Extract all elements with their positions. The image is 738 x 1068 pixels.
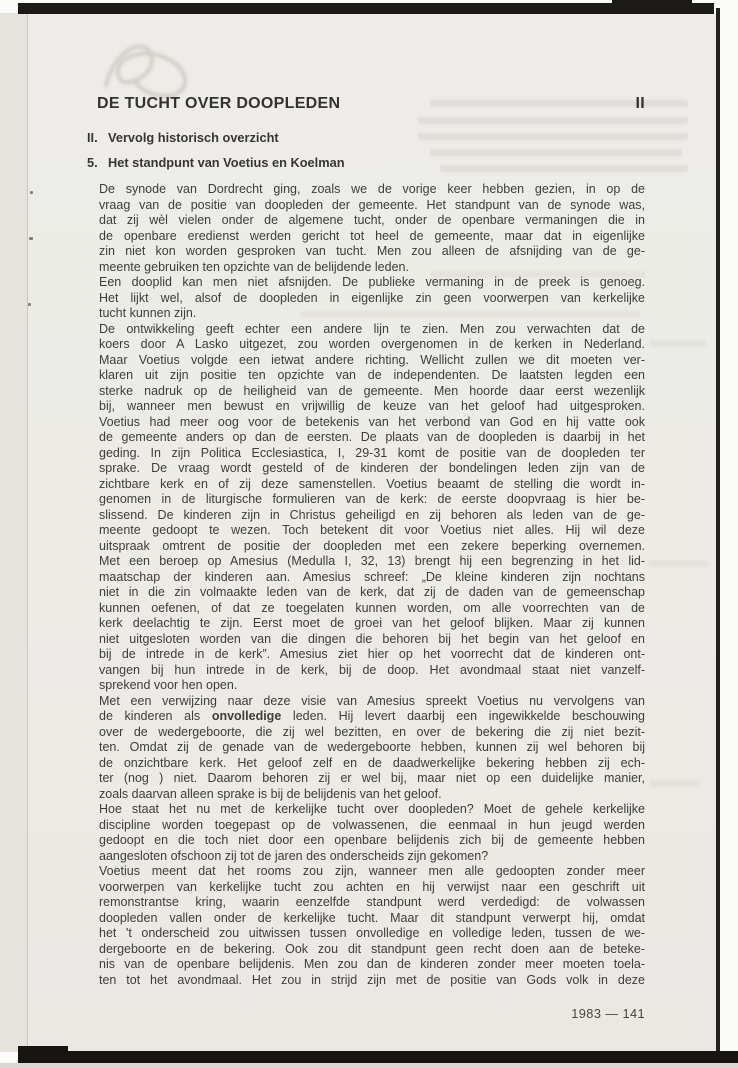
text-line: niet uitgesloten worden van die dingen d…	[99, 632, 645, 648]
bleedthrough-line	[650, 780, 700, 787]
page-title: DE TUCHT OVER DOOPLEDEN	[97, 95, 340, 113]
text-line: Voetius meent dat het rooms zou zijn, wa…	[99, 864, 645, 880]
page-number: II	[636, 95, 646, 113]
text-line: zoals daarvan alleen sprake is bij de be…	[99, 787, 645, 803]
text-line: vraag van de positie van doopleden der g…	[99, 198, 645, 214]
sub-heading-number: 5.	[87, 155, 108, 170]
text-line: kunnen oefenen, of dat ze toegelaten kun…	[99, 601, 645, 617]
section-heading-number: II.	[87, 130, 108, 145]
text-line: uitspraak omtrent de positie der doopled…	[99, 539, 645, 555]
bleedthrough-line	[418, 117, 688, 124]
text-line: Met een beroep op Amesius (Medulla I, 32…	[99, 554, 645, 570]
text-line: kerk deelachtig te zijn. Eerst moet de g…	[99, 616, 645, 632]
text-line: de gemeente anders op dan de eersten. De…	[99, 430, 645, 446]
page-edge-right	[716, 8, 720, 1052]
text-line: nis van de openbare belijdenis. Men zou …	[99, 957, 645, 973]
text-line: maatschap der kinderen aan. Amesius schr…	[99, 570, 645, 586]
text-line: slissend. De kinderen zijn in Christus g…	[99, 508, 645, 524]
text-line: gedoopt en die toch niet door een openba…	[99, 833, 645, 849]
text-line: over de wedergeboorte, die zij wel bezit…	[99, 725, 645, 741]
text-line: meente gedoopt te wezen. Toch betekent d…	[99, 523, 645, 539]
scan-speck	[29, 237, 33, 240]
text-line: sprake. De vraag wordt gesteld of de kin…	[99, 461, 645, 477]
text-line: bij de intrede in de kerk”. Amesius ziet…	[99, 647, 645, 663]
scan-band-bottom	[18, 1051, 738, 1063]
text-line: dat zij wèl vielen onder de algemene tuc…	[99, 213, 645, 229]
text-line: ten. Omdat zij de genade van de wedergeb…	[99, 740, 645, 756]
text-line: bij, wanneer men bewust en vrijwillig de…	[99, 399, 645, 415]
text-line: de kinderen als onvolledige leden. Hij l…	[99, 709, 645, 725]
text-line: Voetius had meer oog voor de betekenis v…	[99, 415, 645, 431]
section-heading: II. Vervolg historisch overzicht	[87, 130, 647, 145]
text-line: vangen bij hun intrede in de kerk, bij d…	[99, 663, 645, 679]
text-line: de openbare eredienst werden gericht tot…	[99, 229, 645, 245]
body-text: De synode van Dordrecht ging, zoals we d…	[99, 182, 645, 988]
text-line: zichtbare kerk en of zij deze samenstell…	[99, 477, 645, 493]
text-line: ter (nog ) niet. Daarom behoren zij er w…	[99, 771, 645, 787]
text-line: remonstrantse kring, waarin eenzelfde st…	[99, 895, 645, 911]
text-line: sprekend voor hen open.	[99, 678, 645, 694]
bleedthrough-line	[648, 560, 708, 567]
text-line: niet in die zin volmaakte leden van de k…	[99, 585, 645, 601]
footer-page-id: 1983 — 141	[99, 1006, 645, 1021]
text-line: Een dooplid kan men niet afsnijden. De p…	[99, 275, 645, 291]
sub-heading-label: Het standpunt van Voetius en Koelman	[108, 155, 345, 170]
scan-speck	[30, 191, 33, 194]
text-line: genomen in de liturgische formulieren va…	[99, 492, 645, 508]
text-line: sterke nadruk op de heiligheid van de ge…	[99, 384, 645, 400]
text-line: klaren uit zijn positie ten opzichte van…	[99, 368, 645, 384]
scan-speck	[28, 303, 31, 306]
scan-band-top-notch	[612, 0, 692, 8]
header-row: DE TUCHT OVER DOOPLEDEN II	[97, 95, 645, 113]
text-line: geding. In zijn Politica Ecclesiastica, …	[99, 446, 645, 462]
text-line: zin niet kon worden gesproken van tucht.…	[99, 244, 645, 260]
text-line: dergeboorte en de bekering. Ook zou dit …	[99, 942, 645, 958]
text-line: meente gebruiken ten opzichte van de bel…	[99, 260, 645, 276]
text-line: discipline worden toegepast op de volwas…	[99, 818, 645, 834]
sub-heading: 5. Het standpunt van Voetius en Koelman	[87, 155, 647, 170]
text-line: De ontwikkeling geeft echter een andere …	[99, 322, 645, 338]
text-line: doopleden vallen onder de kerkelijke tuc…	[99, 911, 645, 927]
section-heading-label: Vervolg historisch overzicht	[108, 130, 279, 145]
text-line: De synode van Dordrecht ging, zoals we d…	[99, 182, 645, 198]
text-line: Maar Voetius volgde een ietwat andere ri…	[99, 353, 645, 369]
text-line: Het lijkt wel, alsof de doopleden in eig…	[99, 291, 645, 307]
text-line: aangesloten ofschoon zij tot de jaren de…	[99, 849, 645, 865]
text-line: ten tot het avondmaal. Het zou in strijd…	[99, 973, 645, 989]
text-line: de onzichtbare kerk. Het geloof zelf en …	[99, 756, 645, 772]
text-line: Hoe staat het nu met de kerkelijke tucht…	[99, 802, 645, 818]
scan-band-top	[18, 3, 714, 14]
scan-band-bottom-shadow	[0, 1063, 738, 1068]
text-line: koers door A Lasko uitgezet, zou worden …	[99, 337, 645, 353]
page-fold-edge	[0, 13, 28, 1052]
text-line: tucht kunnen zijn.	[99, 306, 645, 322]
bleedthrough-line	[650, 340, 706, 347]
text-line: voorwerpen van kerkelijke tucht zou acht…	[99, 880, 645, 896]
text-line: Met een verwijzing naar deze visie van A…	[99, 694, 645, 710]
text-line: het 't onderscheid zou uitwissen tussen …	[99, 926, 645, 942]
